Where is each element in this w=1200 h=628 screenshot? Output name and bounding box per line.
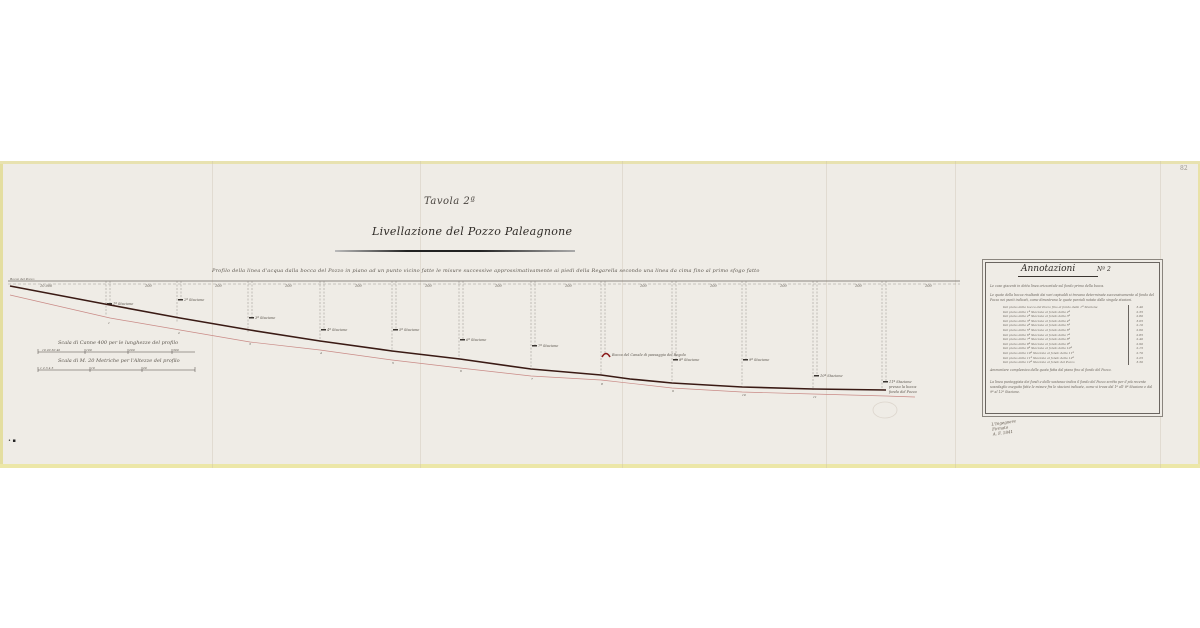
svg-text:10ª Stazione: 10ª Stazione [820, 374, 843, 378]
svg-text:100: 100 [855, 284, 862, 288]
svg-text:1 2 3 4 5: 1 2 3 4 5 [40, 366, 53, 370]
svg-text:300: 300 [173, 348, 179, 352]
svg-text:100: 100 [145, 284, 152, 288]
svg-text:fondo del Pozzo: fondo del Pozzo [888, 390, 917, 394]
reference-line [10, 295, 915, 397]
annotations-paragraph: Le quote della bocca risultanti dai vari… [990, 293, 1155, 303]
svg-text:11ª Stazione: 11ª Stazione [889, 380, 912, 384]
svg-text:200: 200 [128, 348, 135, 352]
horizontal-scale-bar [38, 349, 195, 354]
ground-profile-line [10, 286, 886, 390]
svg-text:10.000: 10.000 [40, 284, 53, 288]
svg-text:5ª Stazione: 5ª Stazione [399, 328, 419, 332]
svg-text:100: 100 [640, 284, 647, 288]
svg-text:100: 100 [425, 284, 432, 288]
svg-text:10 20 30 40: 10 20 30 40 [42, 348, 60, 352]
svg-text:100: 100 [565, 284, 572, 288]
svg-text:1: 1 [108, 321, 110, 325]
svg-text:100: 100 [710, 284, 717, 288]
vertical-scale-label: Scala di M. 20 Metriche per l'Altezze de… [58, 358, 180, 364]
svg-text:100: 100 [925, 284, 932, 288]
svg-text:5: 5 [392, 361, 394, 365]
svg-text:Bocca del Pozzo: Bocca del Pozzo [9, 277, 35, 281]
svg-text:8ª Stazione: 8ª Stazione [679, 358, 699, 362]
table-column-divider [1128, 305, 1129, 365]
svg-text:100: 100 [780, 284, 787, 288]
svg-text:2: 2 [177, 331, 180, 335]
svg-text:4: 4 [319, 351, 322, 355]
svg-text:20: 20 [142, 366, 147, 370]
annotations-after-table: Ammontare complessivo della quota fatta … [990, 368, 1155, 373]
svg-text:Bocca del Canale di passaggio: Bocca del Canale di passaggio del Regolo [611, 353, 686, 357]
svg-text:8: 8 [601, 382, 603, 386]
svg-text:100: 100 [355, 284, 362, 288]
annotations-closing: La linea punteggiata dei fondi e delle s… [990, 380, 1155, 395]
svg-text:3: 3 [249, 342, 251, 346]
corner-marks: • ▪ [8, 438, 16, 444]
horizontal-scale-label: Scala di Canne 400 per le lunghezze del … [58, 340, 178, 346]
annotations-table: Dal piano della bocca del Pozzo fino al … [1003, 305, 1143, 365]
svg-text:100: 100 [86, 348, 92, 352]
annotations-number: Nº 2 [1097, 266, 1111, 273]
svg-text:10: 10 [742, 393, 746, 397]
svg-text:6ª Stazione: 6ª Stazione [466, 338, 486, 342]
svg-text:3ª Stazione: 3ª Stazione [255, 316, 275, 320]
svg-text:6: 6 [460, 369, 462, 373]
svg-text:9ª Stazione: 9ª Stazione [749, 358, 769, 362]
annotations-title: Annotazioni [1021, 264, 1075, 274]
svg-text:100: 100 [495, 284, 502, 288]
svg-text:presso la bocca: presso la bocca [889, 385, 916, 389]
annotations-underline [1018, 276, 1098, 277]
svg-text:7ª Stazione: 7ª Stazione [538, 344, 558, 348]
svg-text:11: 11 [813, 395, 817, 399]
table-row: Dal piano della 12ª Stazione al fondo de… [1003, 360, 1143, 365]
annotations-intro: Le cose giacenti in detta linea orizzont… [990, 284, 1155, 289]
svg-text:100: 100 [285, 284, 292, 288]
vertical-scale-bar [38, 367, 195, 372]
svg-text:10: 10 [91, 366, 95, 370]
svg-text:7: 7 [531, 377, 533, 381]
svg-text:100: 100 [215, 284, 222, 288]
svg-text:2ª Stazione: 2ª Stazione [183, 298, 204, 302]
stamp-mark [873, 402, 897, 418]
arch-icon [602, 354, 610, 358]
svg-text:4ª Stazione: 4ª Stazione [326, 328, 347, 332]
svg-text:9: 9 [672, 389, 674, 393]
